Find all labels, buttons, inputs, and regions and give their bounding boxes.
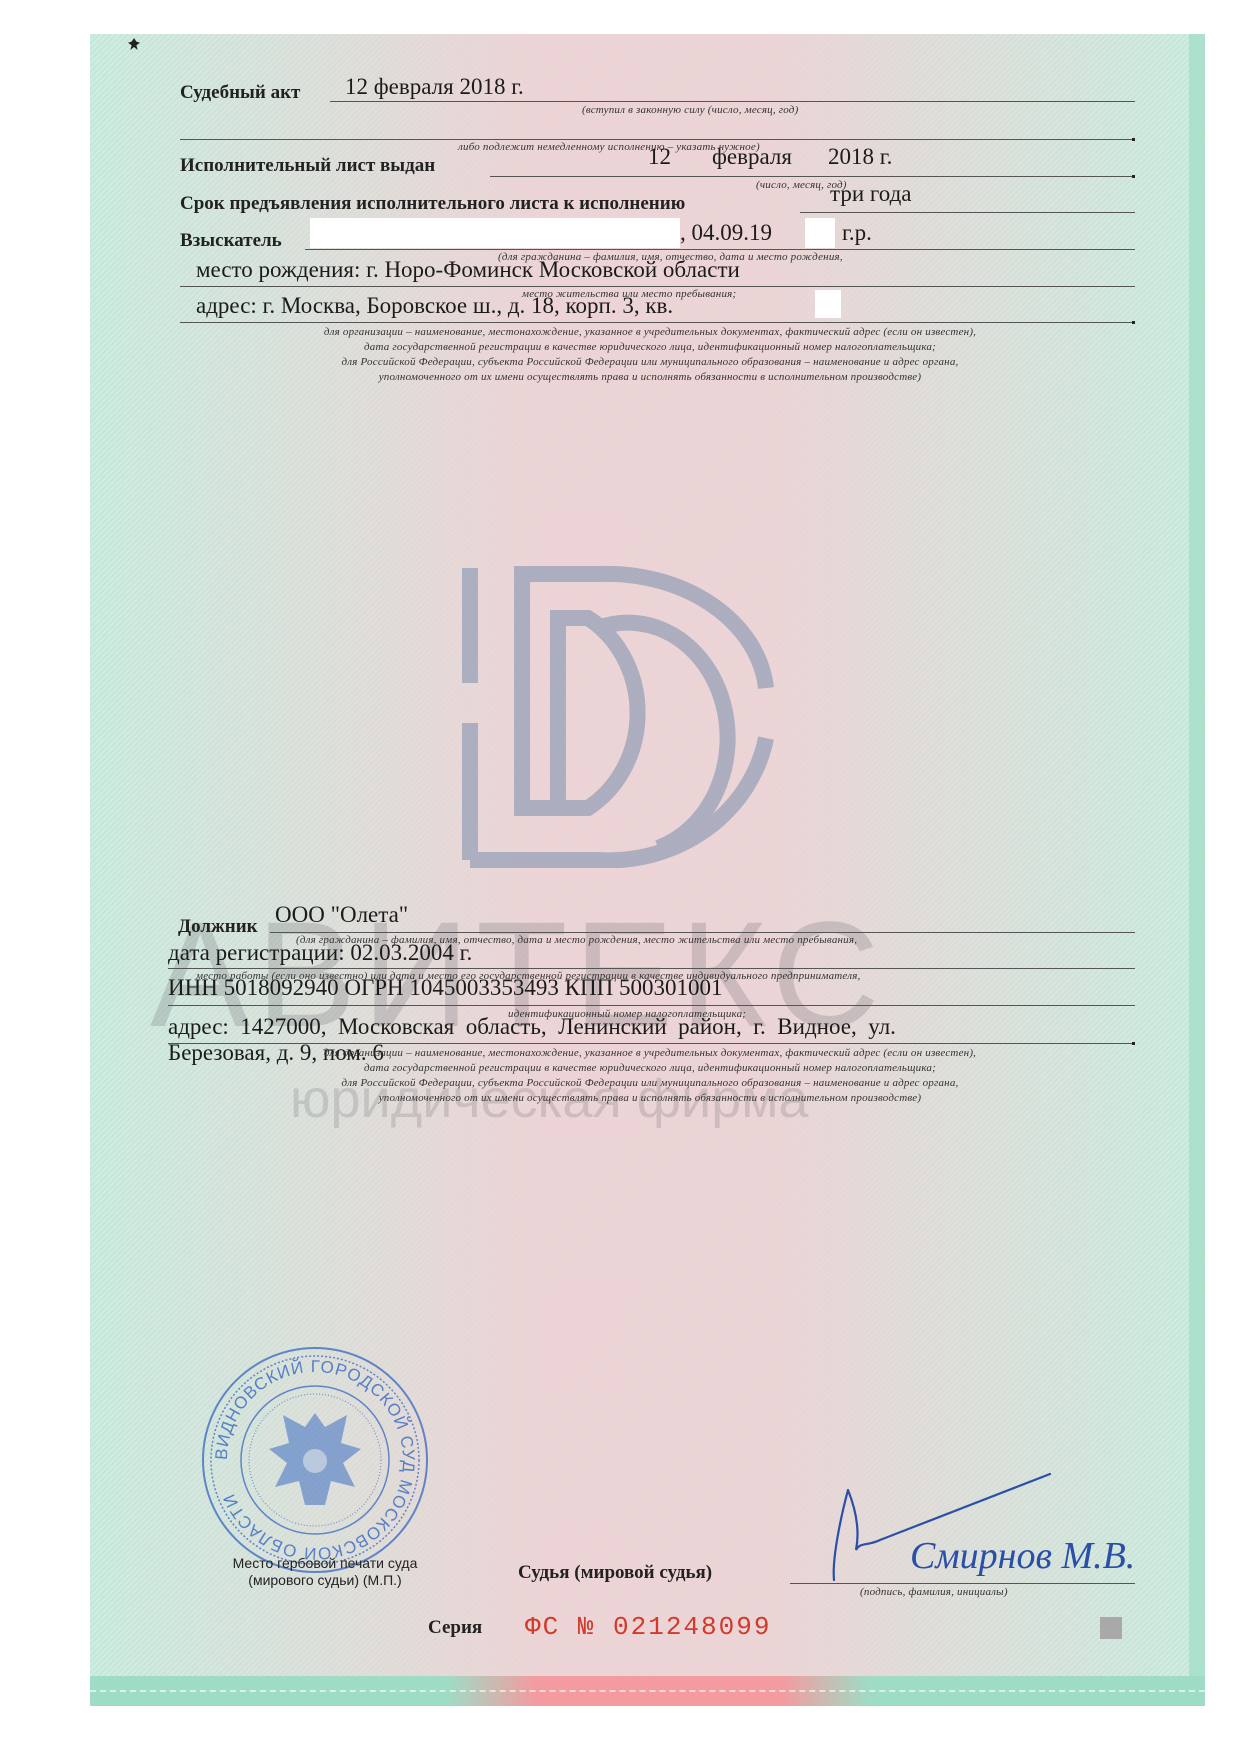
series-label: Серия [428, 1617, 482, 1639]
writ-issued-day: 12 [648, 144, 671, 170]
debtor-ids: ИНН 5018092940 ОГРН 1045003353493 КПП 50… [168, 975, 722, 1001]
claimant-label: Взыскатель [180, 230, 282, 252]
redacted-birth-year [805, 218, 835, 248]
writ-issued-label: Исполнительный лист выдан [180, 155, 435, 177]
debtor-registration: дата регистрации: 02.03.2004 г. [168, 940, 472, 966]
writ-issued-year: 2018 г. [828, 144, 892, 170]
court-act-date: 12 февраля 2018 г. [345, 74, 524, 100]
redacted-claimant-name [310, 218, 680, 248]
court-act-hint: (вступил в законную силу (число, месяц, … [582, 104, 798, 116]
judge-signature: Смирнов М.В. [820, 1470, 1140, 1588]
court-seal-stamp: ВИДНОВСКИЙ ГОРОДСКОЙ СУД МОСКОВСКОЙ ОБЛА… [200, 1345, 430, 1575]
coat-of-arms-icon [269, 1413, 361, 1505]
debtor-hint-block: для организации – наименование, местонах… [160, 1046, 1140, 1106]
judge-hint: (подпись, фамилия, инициалы) [860, 1586, 1008, 1598]
judge-label: Судья (мировой судья) [518, 1562, 712, 1584]
writ-issued-month: февраля [712, 144, 792, 170]
claimant-birth-date: , 04.09.19 [680, 220, 772, 246]
court-act-label: Судебный акт [180, 82, 300, 104]
series-number: ФС № 021248099 [525, 1612, 771, 1642]
sheet-right-border [1189, 34, 1205, 1706]
security-square-mark [1100, 1617, 1122, 1639]
redacted-apartment [815, 290, 841, 318]
debtor-address-line-1: адрес: 1427000, Московская область, Лени… [168, 1014, 896, 1040]
claimant-hint-block: для организации – наименование, местонах… [170, 325, 1130, 385]
seal-caption: Место гербовой печати суда (мирового суд… [205, 1555, 445, 1589]
law-firm-logo-watermark [448, 548, 778, 868]
claimant-address: адрес: г. Москва, Боровское ш., д. 18, к… [196, 293, 673, 319]
presentation-term-value: три года [830, 181, 912, 207]
claimant-birthplace: место рождения: г. Норо-Фоминск Московск… [196, 257, 740, 283]
presentation-term-label: Срок предъявления исполнительного листа … [180, 193, 685, 215]
debtor-label: Должник [178, 916, 258, 938]
claimant-birth-suffix: г.р. [842, 220, 872, 246]
debtor-name: ООО "Олета" [275, 902, 408, 928]
sheet-bottom-border [90, 1676, 1205, 1706]
svg-text:Смирнов М.В.: Смирнов М.В. [910, 1535, 1135, 1577]
